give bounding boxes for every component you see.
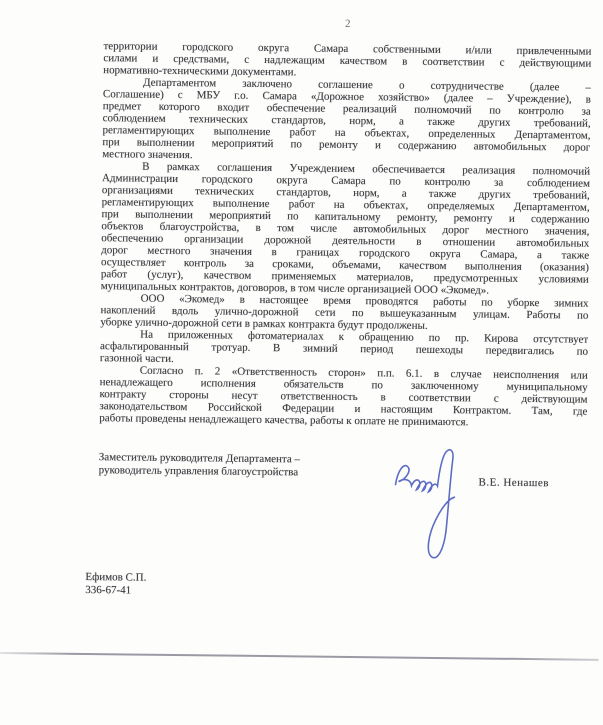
paragraph: Согласно п. 2 «Ответственность сторон» п… <box>99 364 588 430</box>
paragraph: ООО «Экомед» в настоящее время проводятс… <box>100 292 588 334</box>
paragraph: территории городского округа Самара собс… <box>103 40 591 82</box>
scan-rotated-content: 2 территории городского округа Самара со… <box>0 0 603 725</box>
paragraph: В рамках соглашения Учреждением обеспечи… <box>101 160 590 298</box>
signature-block: Заместитель руководителя Департамента – … <box>99 451 399 480</box>
handwritten-signature-icon <box>390 446 471 573</box>
signer-title-line-2: руководитель управления благоустройства <box>99 464 399 480</box>
signer-name: В.Е. Ненашев <box>478 476 549 489</box>
paragraph: На приложенных фотоматериалах к обращени… <box>100 328 588 370</box>
page-number: 2 <box>104 15 592 33</box>
executor-name: Ефимов С.П. <box>85 571 146 585</box>
signature-stroke <box>395 449 455 558</box>
scanned-page: 2 территории городского округа Самара со… <box>0 0 603 725</box>
executor-info: Ефимов С.П. 336-67-41 <box>85 571 146 598</box>
executor-phone: 336-67-41 <box>85 584 146 598</box>
document-body: территории городского округа Самара собс… <box>99 40 591 430</box>
scan-edge-line <box>0 652 599 660</box>
paragraph: Департаментом заключено соглашение о сот… <box>102 76 591 166</box>
